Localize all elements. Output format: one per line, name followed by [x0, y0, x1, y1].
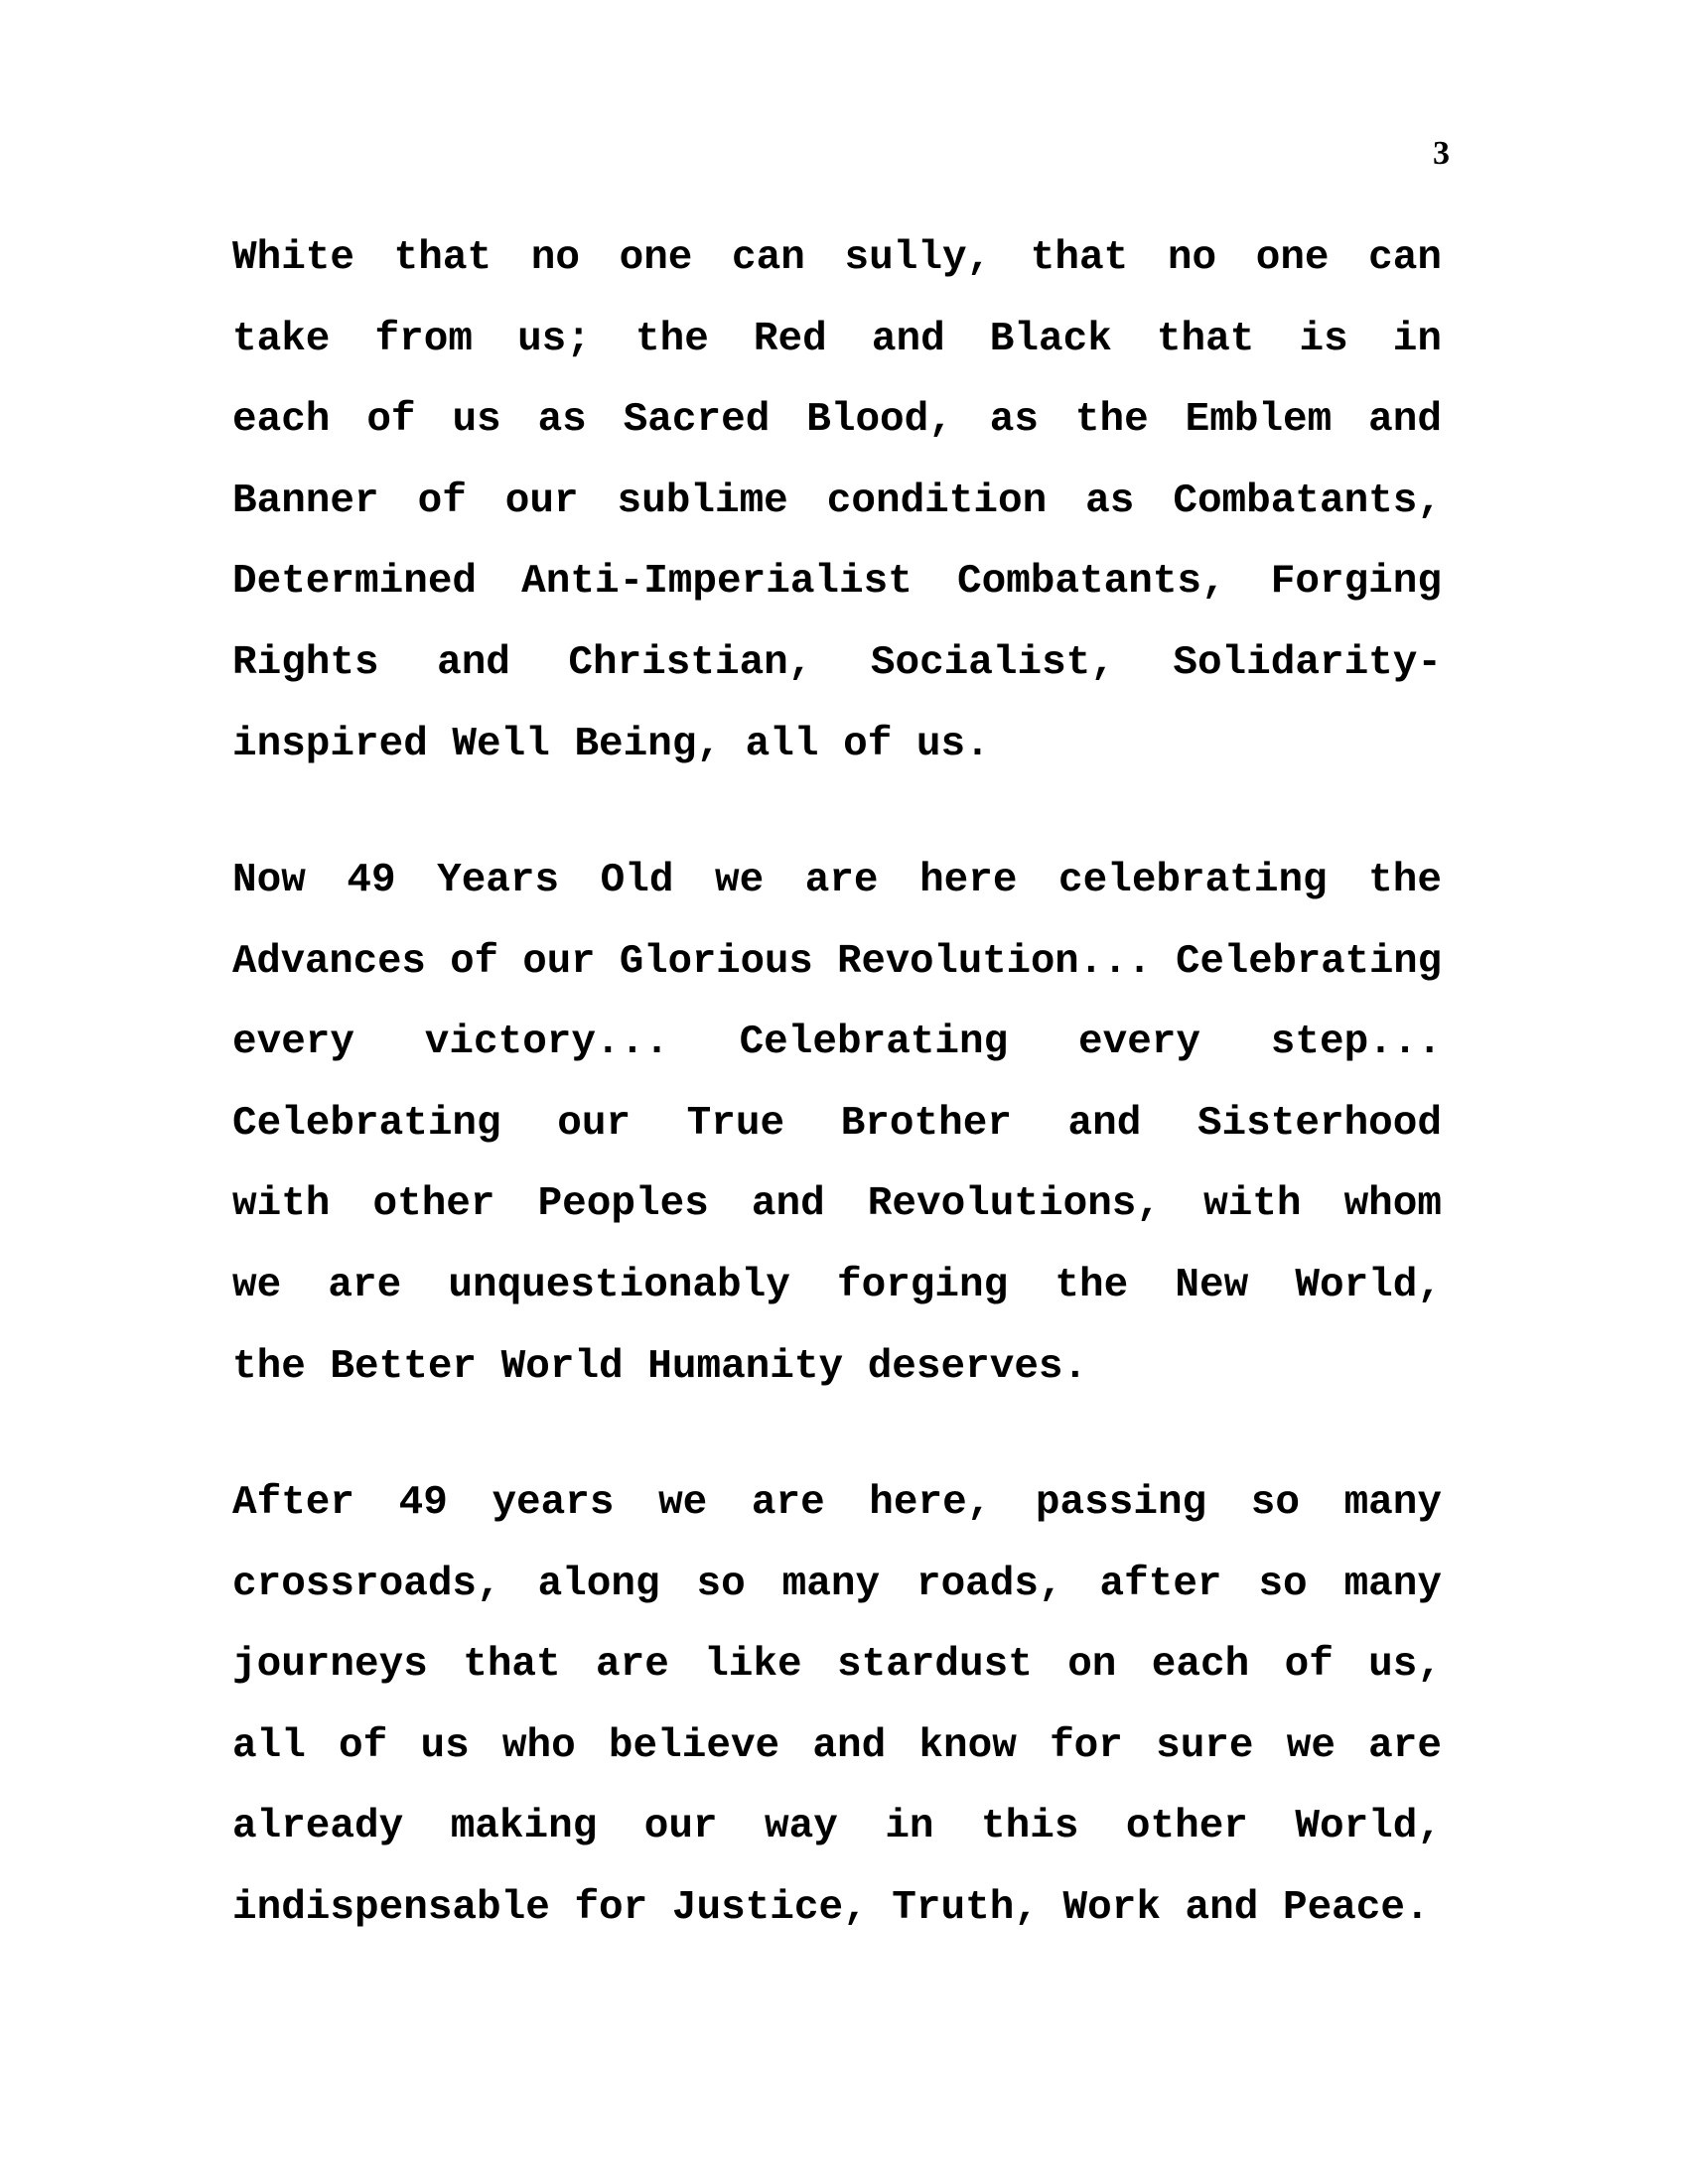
text-line: with other Peoples and Revolutions, with…	[232, 1164, 1442, 1246]
text-line: inspired Well Being, all of us.	[232, 705, 1442, 786]
text-line: take from us; the Red and Black that is …	[232, 300, 1442, 381]
text-line: After 49 years we are here, passing so m…	[232, 1463, 1442, 1545]
text-line: already making our way in this other Wor…	[232, 1787, 1442, 1868]
paragraph-1: White that no one can sully, that no one…	[232, 218, 1442, 785]
text-line: every victory... Celebrating every step.…	[232, 1003, 1442, 1084]
text-line: each of us as Sacred Blood, as the Emble…	[232, 380, 1442, 462]
text-line: the Better World Humanity deserves.	[232, 1327, 1442, 1409]
text-line: we are unquestionably forging the New Wo…	[232, 1246, 1442, 1327]
text-line: White that no one can sully, that no one…	[232, 218, 1442, 300]
text-line: Celebrating our True Brother and Sisterh…	[232, 1084, 1442, 1165]
text-line: crossroads, along so many roads, after s…	[232, 1545, 1442, 1626]
text-line: all of us who believe and know for sure …	[232, 1706, 1442, 1788]
text-line: Banner of our sublime condition as Comba…	[232, 462, 1442, 543]
text-line: Determined Anti-Imperialist Combatants, …	[232, 542, 1442, 623]
text-line: Rights and Christian, Socialist, Solidar…	[232, 623, 1442, 705]
text-line: Now 49 Years Old we are here celebrating…	[232, 841, 1442, 922]
text-line: journeys that are like stardust on each …	[232, 1625, 1442, 1706]
text-line: Advances of our Glorious Revolution... C…	[232, 922, 1442, 1004]
page-number: 3	[1390, 135, 1450, 173]
text-line: indispensable for Justice, Truth, Work a…	[232, 1868, 1442, 1950]
paragraph-3: After 49 years we are here, passing so m…	[232, 1463, 1442, 1950]
paragraph-2: Now 49 Years Old we are here celebrating…	[232, 841, 1442, 1408]
